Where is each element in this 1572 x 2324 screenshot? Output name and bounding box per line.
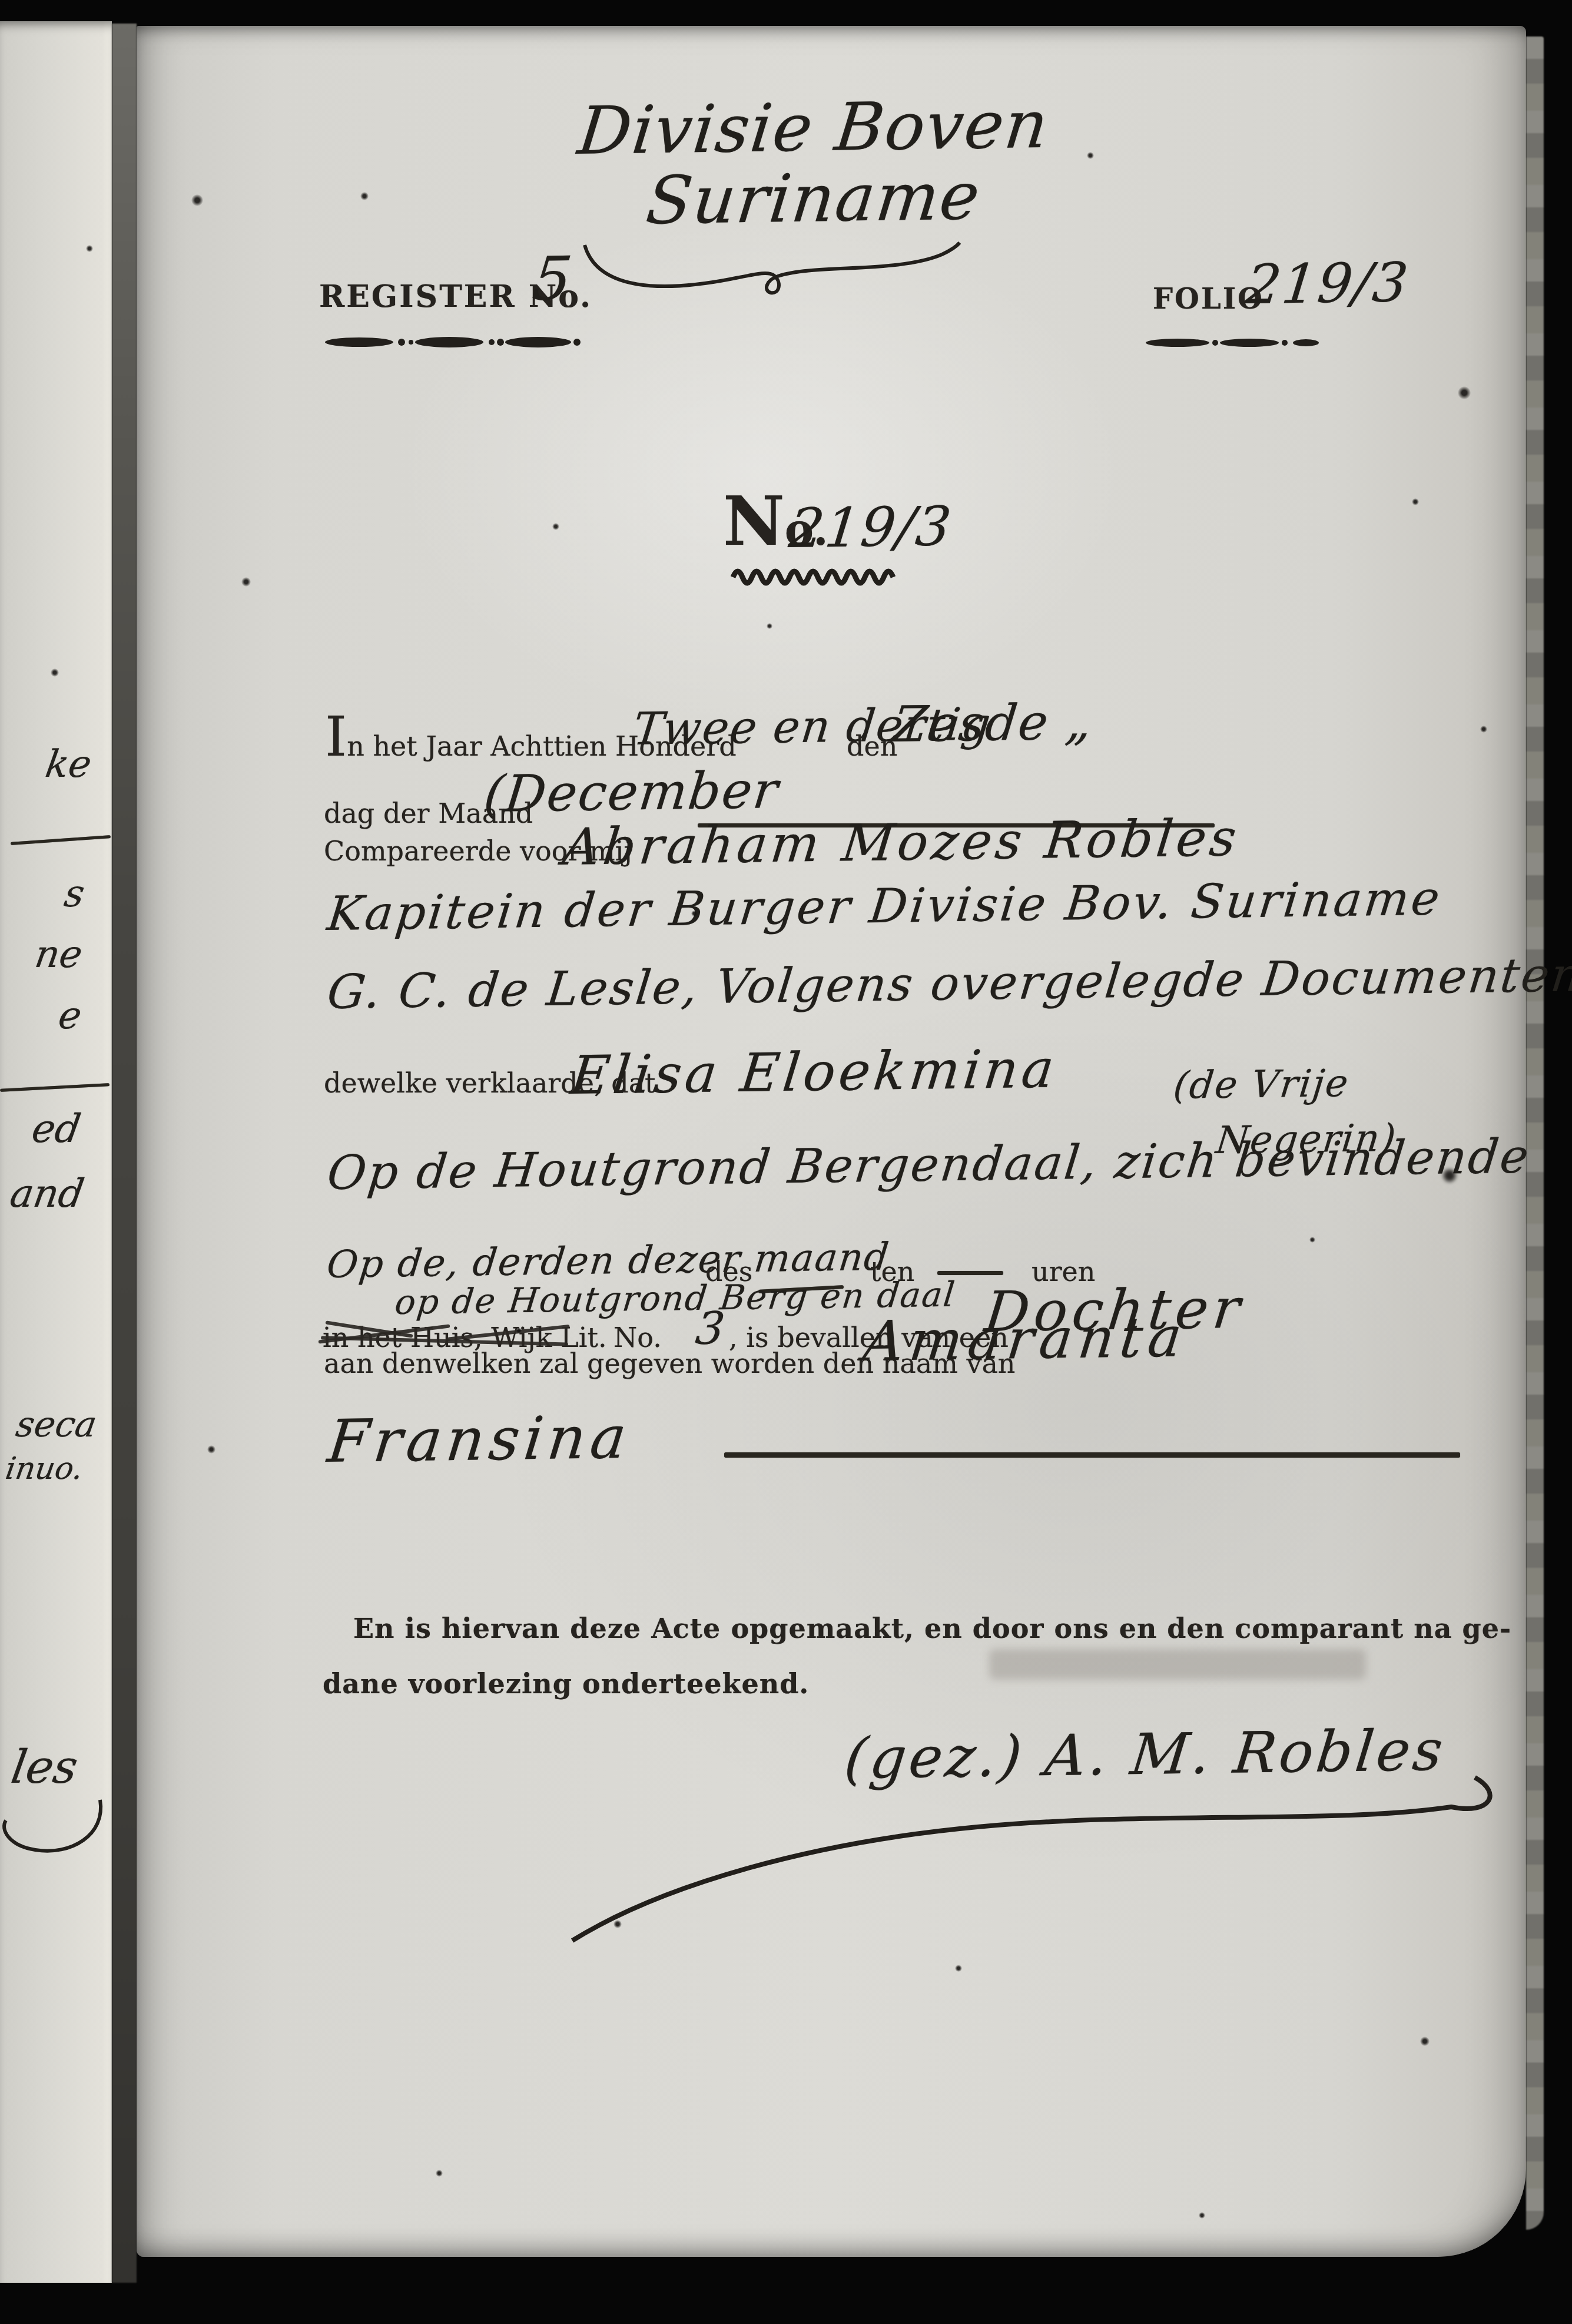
- house-number-handwritten: 3: [694, 1306, 728, 1351]
- fragment-text: ne: [32, 933, 85, 976]
- fragment-text: les: [8, 1741, 81, 1794]
- register-number: 5: [530, 249, 576, 310]
- fragment-rule: [0, 1083, 110, 1092]
- fragment-text: ke: [42, 743, 94, 786]
- foxing-spot: [207, 1445, 215, 1454]
- foxing-spot: [1309, 1237, 1315, 1243]
- den-label: den: [847, 733, 897, 760]
- foxing-spot: [1458, 386, 1471, 399]
- header-flourish: [580, 237, 963, 302]
- foxing-spot: [360, 192, 369, 200]
- child-name-handwritten-1: Amaranta: [861, 1310, 1190, 1370]
- signature-flourish: [565, 1767, 1507, 1949]
- act-number-wavy-rule: [730, 560, 902, 585]
- closing-printed-line2: dane voorlezing onderteekend.: [323, 1670, 809, 1697]
- registrar-handwritten: Abraham Mozes Robles: [561, 813, 1242, 873]
- ink-bleedthrough-smudge: [989, 1649, 1366, 1680]
- child-name-handwritten-2: Fransina: [325, 1408, 634, 1471]
- foxing-spot: [691, 911, 697, 916]
- foxing-spot: [552, 523, 559, 530]
- fragment-rule: [11, 835, 111, 845]
- foxing-spot: [436, 2170, 443, 2177]
- foxing-spot: [51, 668, 59, 677]
- fragment-text: e: [55, 994, 85, 1038]
- scanned-register-page: ke s ne e ed and seca inuo. les Divisie …: [0, 0, 1572, 2324]
- foxing-spot: [241, 577, 251, 587]
- foxing-spot: [955, 1965, 962, 1972]
- foxing-spot: [1480, 726, 1487, 733]
- foxing-spot: [191, 194, 203, 206]
- name-fill-rule: [724, 1452, 1460, 1458]
- fragment-text: s: [61, 872, 88, 916]
- previous-page-edge: ke s ne e ed and seca inuo. les: [0, 21, 112, 2283]
- month-handwritten: (December: [482, 765, 781, 820]
- foxing-spot: [516, 1327, 522, 1333]
- day-handwritten: Zesde „: [890, 697, 1096, 749]
- mother-handwritten: Elisa Eloekmina: [568, 1043, 1060, 1103]
- foxing-spot: [1412, 498, 1419, 505]
- mother-status-handwritten-1: (de Vrije: [1172, 1065, 1351, 1105]
- division-script-line1: Divisie Boven: [530, 91, 1097, 165]
- ink-blot: [1441, 1167, 1458, 1184]
- folio-ornament-rule: [1143, 335, 1324, 351]
- foxing-spot: [1420, 2037, 1430, 2046]
- fragment-text: and: [7, 1171, 87, 1216]
- foxing-spot: [1087, 152, 1094, 159]
- division-script-line2: Suriname: [530, 162, 1097, 236]
- foxing-spot: [767, 623, 772, 629]
- fragment-flourish: [0, 1794, 106, 1865]
- register-ornament-rule: [323, 333, 585, 351]
- foxing-spot: [1199, 2212, 1205, 2219]
- book-gutter: [112, 24, 137, 2283]
- fragment-text: ed: [29, 1106, 84, 1151]
- act-number: 219/3: [787, 499, 955, 556]
- fragment-text: seca: [13, 1404, 100, 1445]
- folio-number: 219/3: [1243, 256, 1412, 312]
- foxing-spot: [86, 245, 93, 252]
- foxing-spot: [613, 1920, 622, 1928]
- closing-printed-line1: En is hiervan deze Acte opgemaakt, en do…: [353, 1615, 1511, 1642]
- fragment-text: inuo.: [3, 1451, 85, 1487]
